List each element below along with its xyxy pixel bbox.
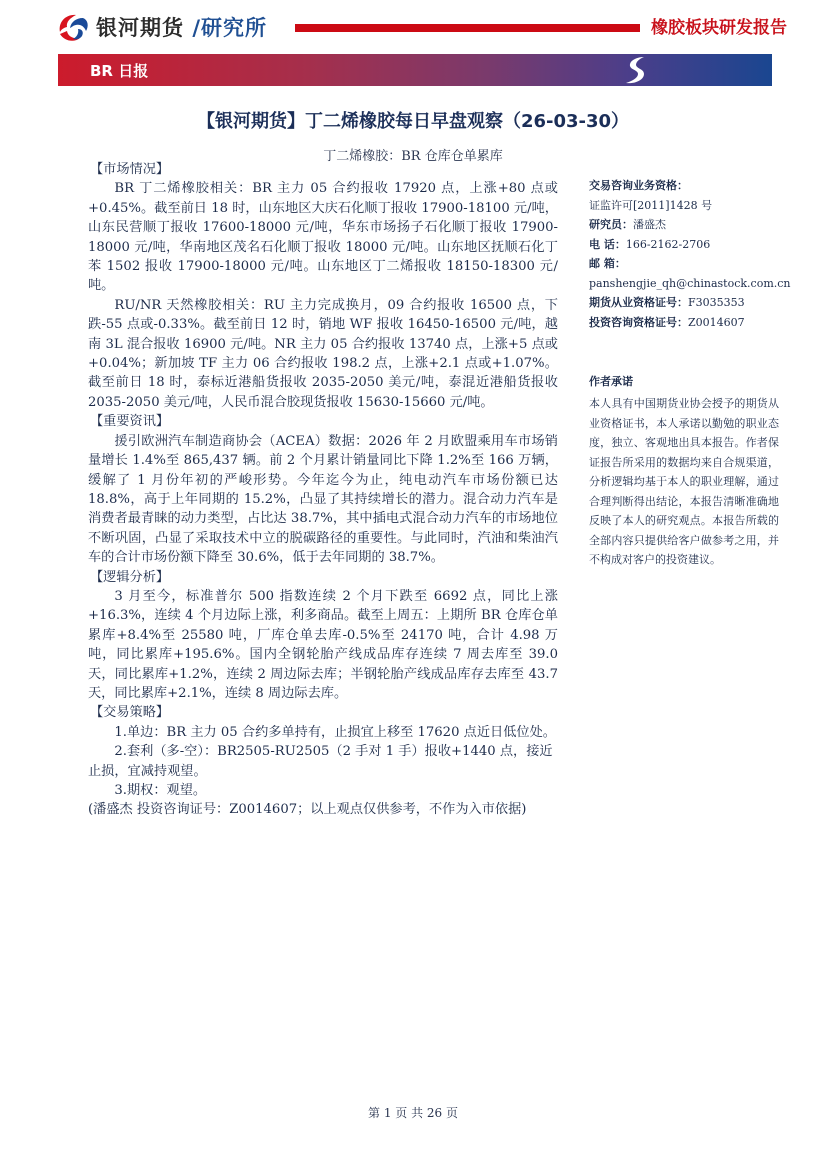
analyst-info: 交易咨询业务资格： 证监许可[2011]1428 号 研究员：潘盛杰 电 话：1…: [589, 176, 789, 332]
phone-label: 电 话：: [589, 238, 626, 251]
strategy-item-arbitrage: 2.套利（多-空）：BR2505-RU2505（2 手对 1 手）报收+1440…: [88, 742, 558, 781]
brand-institute: 研究所: [201, 16, 267, 40]
document-title: 【银河期货】丁二烯橡胶每日早盘观察（26-03-30）: [0, 107, 826, 133]
strategy-item-options: 3.期权：观望。: [88, 781, 558, 800]
paragraph-ru-nr: RU/NR 天然橡胶相关：RU 主力完成换月，09 合约报收 16500 点，下…: [88, 296, 558, 412]
brand-name: 银河期货 /研究所: [96, 12, 267, 42]
paragraph-logic: 3 月至今，标准普尔 500 指数连续 2 个月下跌至 6692 点，同比上涨+…: [88, 587, 558, 703]
promise-heading: 作者承诺: [589, 372, 779, 392]
promise-text: 本人具有中国期货业协会授予的期货从业资格证书，本人承诺以勤勉的职业态度，独立、客…: [589, 394, 779, 570]
futures-cert-label: 期货从业资格证号：: [589, 296, 688, 309]
brand-company: 银河期货: [96, 16, 184, 40]
qualification-label: 交易咨询业务资格：: [589, 176, 789, 196]
main-content: 【市场情况】 BR 丁二烯橡胶相关：BR 主力 05 合约报收 17920 点，…: [88, 160, 558, 820]
section-heading-strategy: 【交易策略】: [88, 703, 558, 722]
email-label: 邮 箱：: [589, 254, 789, 274]
phone-value: 166-2162-2706: [626, 238, 710, 251]
qualification-value: 证监许可[2011]1428 号: [589, 196, 789, 216]
section-heading-logic: 【逻辑分析】: [88, 568, 558, 587]
email-value[interactable]: panshengjie_qh@chinastock.com.cn: [589, 274, 789, 294]
disclaimer-note: (潘盛杰 投资咨询证号：Z0014607；以上观点仅供参考，不作为入市依据): [88, 800, 558, 819]
report-banner: BR 日报: [58, 54, 772, 86]
swoosh-s-icon: [618, 54, 654, 86]
page-header: 银河期货 /研究所 橡胶板块研发报告: [0, 0, 826, 50]
galaxy-logo-icon: [56, 10, 90, 44]
strategy-item-single: 1.单边：BR 主力 05 合约多单持有，止损宜上移至 17620 点近日低位处…: [88, 723, 558, 742]
researcher-label: 研究员：: [589, 218, 633, 231]
invest-cert-label: 投资咨询资格证号：: [589, 316, 688, 329]
section-heading-market: 【市场情况】: [88, 160, 558, 179]
page-number: 第 1 页 共 26 页: [0, 1104, 826, 1121]
invest-cert-value: Z0014607: [688, 316, 745, 329]
paragraph-br: BR 丁二烯橡胶相关：BR 主力 05 合约报收 17920 点，上涨+80 点…: [88, 179, 558, 295]
banner-title: BR 日报: [90, 60, 148, 81]
author-promise: 作者承诺 本人具有中国期货业协会授予的期货从业资格证书，本人承诺以勤勉的职业态度…: [589, 372, 779, 570]
researcher-value: 潘盛杰: [633, 218, 666, 231]
report-kind: 橡胶板块研发报告: [651, 13, 787, 38]
futures-cert-value: F3035353: [688, 296, 745, 309]
paragraph-acea: 援引欧洲汽车制造商协会（ACEA）数据：2026 年 2 月欧盟乘用车市场销量增…: [88, 432, 558, 568]
section-heading-news: 【重要资讯】: [88, 412, 558, 431]
header-divider: [295, 24, 640, 32]
brand-slash: /: [192, 16, 201, 40]
